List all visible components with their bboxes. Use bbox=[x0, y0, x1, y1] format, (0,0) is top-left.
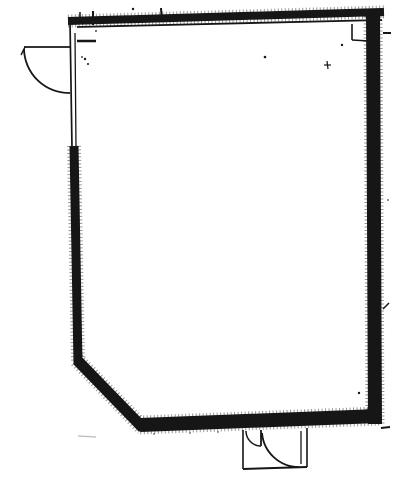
survey-tick-top-c bbox=[161, 8, 162, 22]
scan-speck bbox=[153, 433, 155, 435]
scanned-page bbox=[0, 0, 396, 480]
scan-speck bbox=[217, 431, 219, 433]
scan-speck bbox=[341, 44, 343, 46]
scan-speck bbox=[81, 56, 83, 58]
scan-speck bbox=[132, 8, 134, 10]
scan-speck bbox=[264, 56, 267, 59]
scan-speck bbox=[95, 30, 97, 32]
wall-left-outer-face bbox=[70, 21, 72, 148]
scan-speck bbox=[84, 58, 86, 60]
left-door-swing-arc bbox=[24, 49, 70, 93]
scan-speck bbox=[189, 432, 191, 434]
wall-left-inner-face bbox=[75, 33, 76, 148]
bottom-door-inner-arc bbox=[246, 431, 261, 446]
wall-right bbox=[373, 13, 375, 424]
floor-plan-svg bbox=[0, 0, 396, 480]
survey-tick-right-bottom bbox=[381, 427, 390, 428]
scan-speck bbox=[358, 392, 360, 394]
scan-speck bbox=[87, 63, 89, 65]
corner-closet-bottom-edge bbox=[352, 40, 369, 41]
scan-smudge-bottom-left bbox=[78, 436, 96, 437]
scan-plus-mark-v bbox=[327, 61, 328, 69]
scan-speck bbox=[387, 199, 389, 201]
bottom-door-swing-arc bbox=[262, 433, 299, 467]
